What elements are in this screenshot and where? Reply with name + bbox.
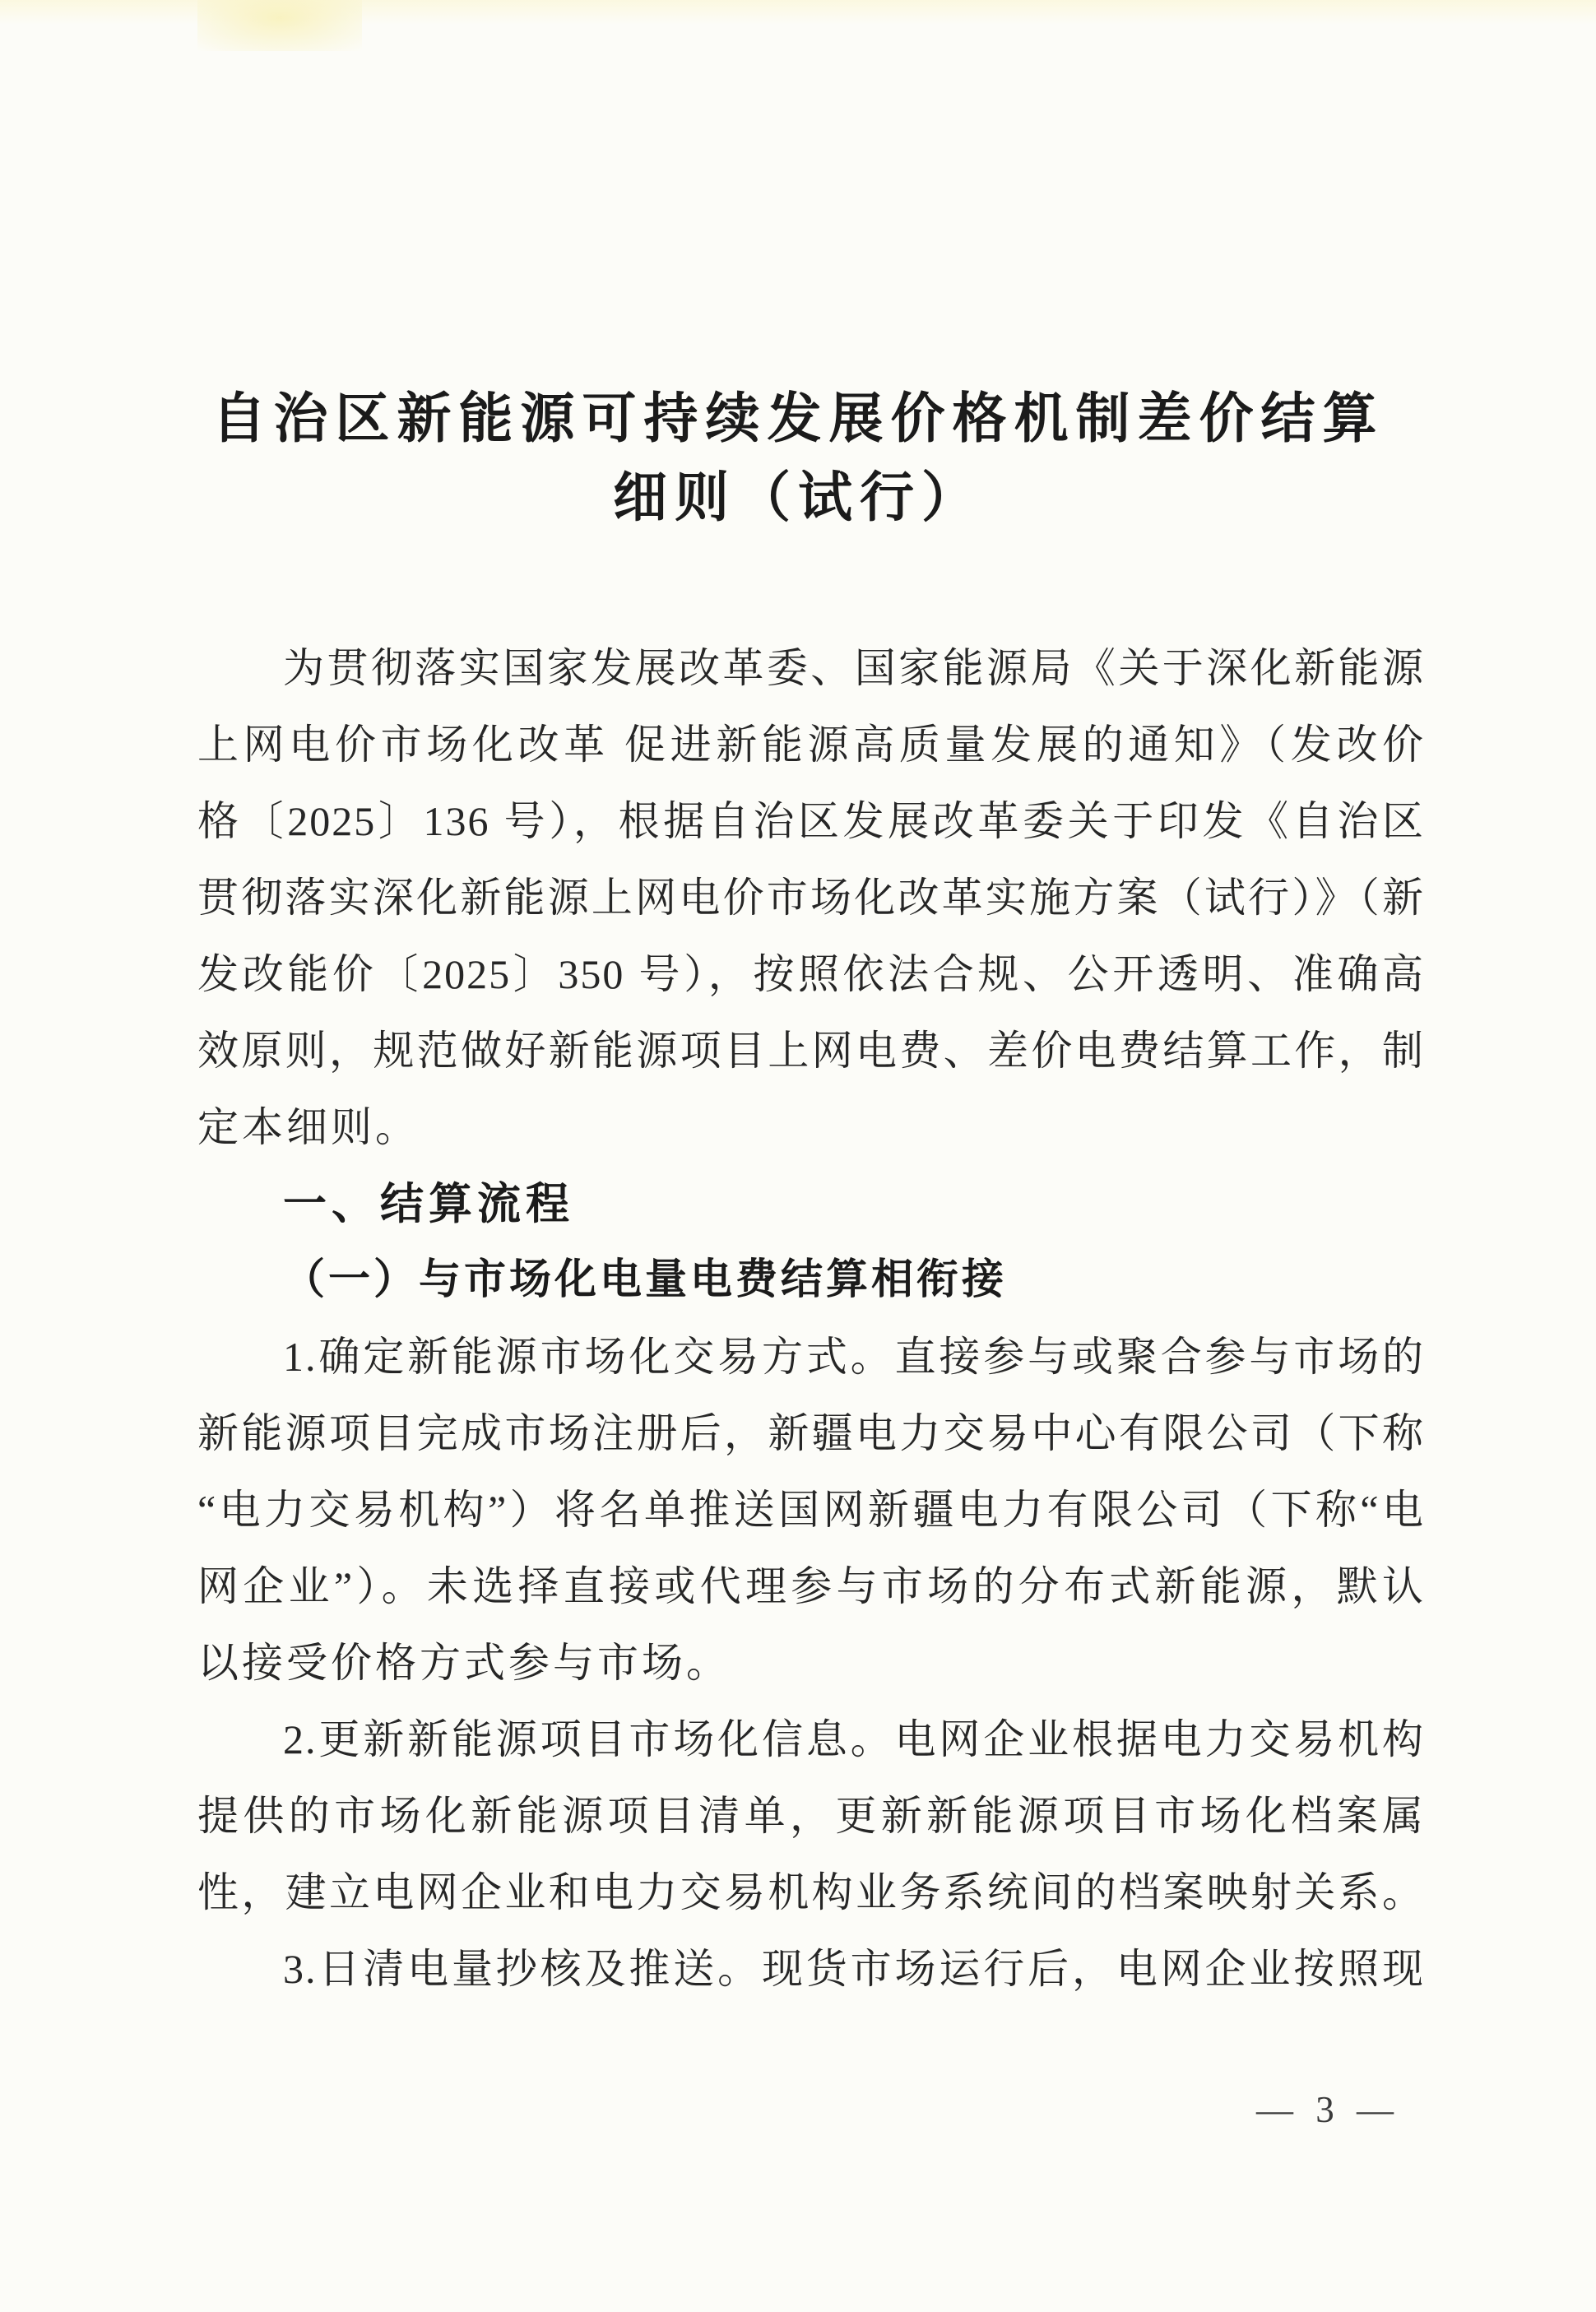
text-line: 性，建立电网企业和电力交易机构业务系统间的档案映射关系。 — [197, 1855, 1425, 1931]
section-heading: 一、结算流程 — [197, 1166, 1425, 1242]
page-number: — 3 — — [1256, 2088, 1400, 2131]
text-line: 新能源项目完成市场注册后，新疆电力交易中心有限公司（下称 — [197, 1395, 1425, 1472]
text-line: “电力交易机构”）将名单推送国网新疆电力有限公司（下称“电 — [197, 1472, 1425, 1548]
document-title-line-1: 自治区新能源可持续发展价格机制差价结算 — [0, 380, 1596, 459]
document-body: 为贯彻落实国家发展改革委、国家能源局《关于深化新能源上网电价市场化改革 促进新能… — [197, 630, 1425, 2008]
text-line: 以接受价格方式参与市场。 — [197, 1625, 1425, 1702]
text-line: 3.日清电量抄核及推送。现货市场运行后，电网企业按照现 — [197, 1931, 1425, 2008]
text-line: 效原则，规范做好新能源项目上网电费、差价电费结算工作，制 — [197, 1013, 1425, 1089]
text-line: 格〔2025〕136 号），根据自治区发展改革委关于印发《自治区 — [197, 783, 1425, 860]
text-line: 网企业”）。未选择直接或代理参与市场的分布式新能源，默认 — [197, 1548, 1425, 1625]
text-line: 2.更新新能源项目市场化信息。电网企业根据电力交易机构 — [197, 1702, 1425, 1778]
text-line: 上网电价市场化改革 促进新能源高质量发展的通知》（发改价 — [197, 707, 1425, 783]
text-line: 发改能价〔2025〕350 号），按照依法合规、公开透明、准确高 — [197, 936, 1425, 1013]
text-line: 定本细则。 — [197, 1089, 1425, 1166]
scan-artifact-blob — [197, 0, 362, 51]
text-line: 提供的市场化新能源项目清单，更新新能源项目市场化档案属 — [197, 1778, 1425, 1855]
text-line: 1.确定新能源市场化交易方式。直接参与或聚合参与市场的 — [197, 1319, 1425, 1395]
scanned-document-page: { "document": { "title_line1": "自治区新能源可持… — [0, 0, 1596, 2312]
subsection-heading: （一）与市场化电量电费结算相衔接 — [197, 1242, 1425, 1319]
text-line: 为贯彻落实国家发展改革委、国家能源局《关于深化新能源 — [197, 630, 1425, 707]
document-title: 自治区新能源可持续发展价格机制差价结算 细则（试行） — [0, 380, 1596, 538]
scan-artifact-top-tint — [0, 0, 1596, 25]
text-line: 贯彻落实深化新能源上网电价市场化改革实施方案（试行）》（新 — [197, 860, 1425, 936]
document-title-line-2: 细则（试行） — [0, 459, 1596, 538]
